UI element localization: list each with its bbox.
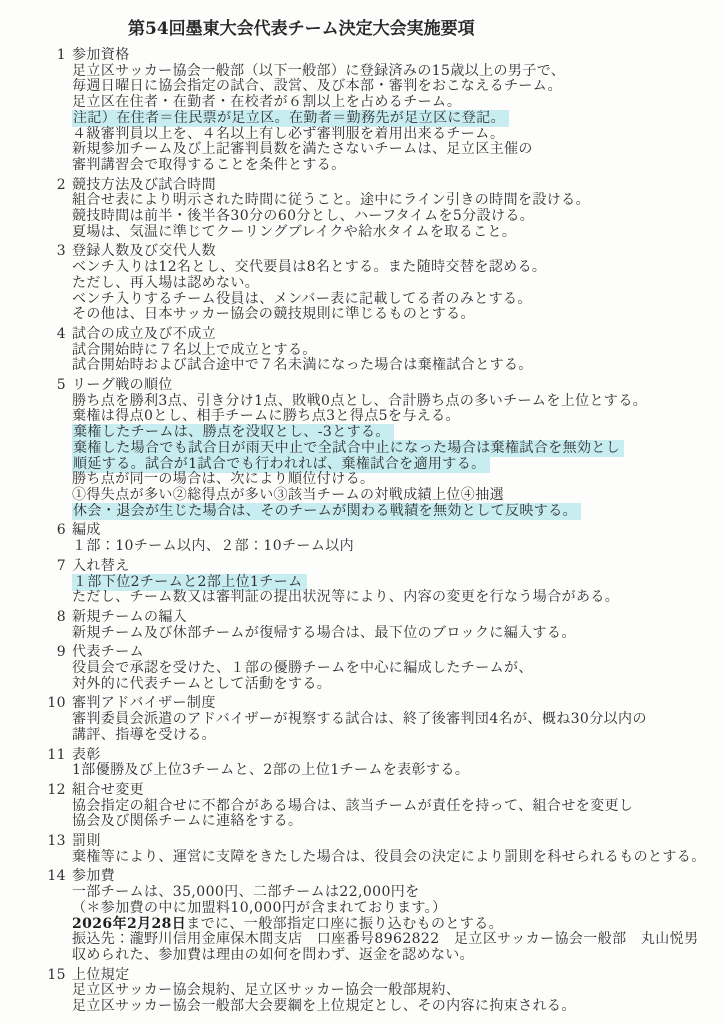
section-line: 協会及び関係チームに連絡をする。 [72, 814, 718, 830]
text-segment: 対外的に代表チームとして活動をする。 [72, 676, 331, 692]
section-number: 14 [40, 869, 72, 963]
section-number: 5 [40, 378, 72, 519]
text-segment: までに、一般部指定口座に振り込むものとする。 [186, 916, 503, 932]
highlighted-text: 棄権した場合でも試合日が雨天中止で全試合中止になった場合は棄権試合を無効とし [72, 440, 624, 457]
section-line: 講評、指導を受ける。 [72, 728, 718, 744]
text-segment: 勝ち点が同一の場合は、次により順位付ける。 [72, 471, 374, 487]
section-line: １部：10チーム以内、２部：10チーム以内 [72, 539, 718, 555]
section-body: 代表チーム役員会で承認を受けた、１部の優勝チームを中心に編成したチームが、対外的… [72, 645, 718, 692]
section-11: 11表彰1部優勝及び上位3チームと、2部の上位1チームを表彰する。 [40, 748, 718, 779]
section-line: 振込先：瀧野川信用金庫保木間支店 口座番号8962822 足立区サッカー協会一般… [72, 932, 718, 948]
section-2: 2競技方法及び試合時間組合せ表により明示された時間に従うこと。途中にライン引きの… [40, 178, 718, 241]
section-line: 順延する。試合が1試合でも行われれば、棄権試合を適用する。 [72, 457, 718, 473]
section-number: 9 [40, 645, 72, 692]
text-segment: 収められた、参加費は理由の如何を問わず、返金を認めない。 [72, 947, 474, 963]
section-body: 新規チームの編入新規チーム及び休部チームが復帰する場合は、最下位のブロックに編入… [72, 610, 718, 641]
text-segment: 夏場は、気温に準じてクーリングブレイクや給水タイムを取ること。 [72, 224, 516, 240]
section-heading: 審判アドバイザー制度 [72, 696, 718, 712]
section-number: 7 [40, 559, 72, 606]
text-segment: 新規参加チーム及び上記審判員数を満たさないチームは、足立区主催の [72, 141, 533, 157]
text-segment: 新規チーム及び休部チームが復帰する場合は、最下位のブロックに編入する。 [72, 625, 576, 641]
section-line: 注記）在住者＝住民票が足立区。在勤者＝勤務先が足立区に登記。 [72, 111, 718, 127]
section-line: ４級審判員以上を、４名以上有し必ず審判服を着用出来るチーム。 [72, 127, 718, 143]
text-segment: ベンチ入りは12名とし、交代要員は8名とする。また随時交替を認める。 [72, 259, 546, 275]
section-line: 収められた、参加費は理由の如何を問わず、返金を認めない。 [72, 948, 718, 964]
section-body: 参加資格足立区サッカー協会一般部（以下一般部）に登録済みの15歳以上の男子で、毎… [72, 48, 718, 174]
section-9: 9代表チーム役員会で承認を受けた、１部の優勝チームを中心に編成したチームが、対外… [40, 645, 718, 692]
section-line: 毎週日曜日に協会指定の試合、設営、及び本部・審判をおこなえるチーム。 [72, 79, 718, 95]
section-heading: リーグ戦の順位 [72, 378, 718, 394]
section-line: 試合開始時および試合途中で７名未満になった場合は棄権試合とする。 [72, 358, 718, 374]
section-body: 登録人数及び交代人数ベンチ入りは12名とし、交代要員は8名とする。また随時交替を… [72, 244, 718, 323]
text-segment: 協会及び関係チームに連絡をする。 [72, 813, 302, 829]
text-segment: 審判委員会派遣のアドバイザーが視察する試合は、終了後審判団4名が、概ね30分以内… [72, 711, 647, 727]
section-number: 3 [40, 244, 72, 323]
text-segment: 一部チームは、35,000円、二部チームは22,000円を [72, 884, 420, 900]
section-line: 試合開始時に７名以上で成立とする。 [72, 343, 718, 359]
text-segment: 棄権等により、運営に支障をきたした場合は、役員会の決定により罰則を科せられるもの… [72, 849, 706, 865]
text-segment: 注記）在住者＝住民票が足立区。在勤者＝勤務先が足立区に登記。 [73, 110, 505, 126]
section-line: ただし、再入場は認めない。 [72, 276, 718, 292]
section-4: 4試合の成立及び不成立試合開始時に７名以上で成立とする。試合開始時および試合途中… [40, 327, 718, 374]
section-heading: 入れ替え [72, 559, 718, 575]
text-segment: 棄権は得点0とし、相手チームに勝ち点3と得点5を与える。 [72, 408, 460, 424]
section-3: 3登録人数及び交代人数ベンチ入りは12名とし、交代要員は8名とする。また随時交替… [40, 244, 718, 323]
text-segment: 勝ち点を勝利3点、引き分け1点、敗戦0点とし、合計勝ち点の多いチームを上位とする… [72, 393, 647, 409]
text-segment: 休会・退会が生じた場合は、そのチームが関わる戦績を無効として反映する。 [73, 503, 577, 519]
section-line: 新規参加チーム及び上記審判員数を満たさないチームは、足立区主催の [72, 142, 718, 158]
section-number: 11 [40, 748, 72, 779]
sections-list: 1参加資格足立区サッカー協会一般部（以下一般部）に登録済みの15歳以上の男子で、… [0, 48, 724, 1015]
text-segment: 棄権した場合でも試合日が雨天中止で全試合中止になった場合は棄権試合を無効とし [73, 440, 620, 456]
section-line: 棄権した場合でも試合日が雨天中止で全試合中止になった場合は棄権試合を無効とし [72, 441, 718, 457]
section-heading: 罰則 [72, 834, 718, 850]
section-body: 組合せ変更協会指定の組合せに不都合がある場合は、該当チームが責任を持って、組合せ… [72, 783, 718, 830]
section-12: 12組合せ変更協会指定の組合せに不都合がある場合は、該当チームが責任を持って、組… [40, 783, 718, 830]
text-segment: ただし、再入場は認めない。 [72, 275, 259, 291]
section-line: （＊参加費の中に加盟料10,000円が含まれております。） [72, 901, 718, 917]
section-heading: 編成 [72, 523, 718, 539]
section-line: 足立区在住者・在勤者・在校者が６割以上を占めるチーム。 [72, 95, 718, 111]
section-body: 表彰1部優勝及び上位3チームと、2部の上位1チームを表彰する。 [72, 748, 718, 779]
section-line: 協会指定の組合せに不都合がある場合は、該当チームが責任を持って、組合せを変更し [72, 799, 718, 815]
section-line: １部下位2チームと2部上位1チーム [72, 575, 718, 591]
text-segment: 講評、指導を受ける。 [72, 727, 216, 743]
section-number: 1 [40, 48, 72, 174]
section-1: 1参加資格足立区サッカー協会一般部（以下一般部）に登録済みの15歳以上の男子で、… [40, 48, 718, 174]
document-page: 第54回墨東大会代表チーム決定大会実施要項 1参加資格足立区サッカー協会一般部（… [0, 0, 724, 1024]
section-line: その他は、日本サッカー協会の競技規則に準じるものとする。 [72, 307, 718, 323]
section-number: 8 [40, 610, 72, 641]
section-number: 2 [40, 178, 72, 241]
document-title: 第54回墨東大会代表チーム決定大会実施要項 [0, 0, 724, 48]
section-line: 審判委員会派遣のアドバイザーが視察する試合は、終了後審判団4名が、概ね30分以内… [72, 712, 718, 728]
section-number: 10 [40, 696, 72, 743]
section-heading: 代表チーム [72, 645, 718, 661]
section-body: 参加費一部チームは、35,000円、二部チームは22,000円を（＊参加費の中に… [72, 869, 718, 963]
text-segment: １部：10チーム以内、２部：10チーム以内 [72, 538, 354, 554]
text-segment: 審判講習会で取得することを条件とする。 [72, 157, 346, 173]
section-number: 13 [40, 834, 72, 865]
section-line: 対外的に代表チームとして活動をする。 [72, 677, 718, 693]
section-heading: 表彰 [72, 748, 718, 764]
text-segment: 足立区在住者・在勤者・在校者が６割以上を占めるチーム。 [72, 94, 461, 110]
section-body: 審判アドバイザー制度審判委員会派遣のアドバイザーが視察する試合は、終了後審判団4… [72, 696, 718, 743]
section-line: ベンチ入りするチーム役員は、メンバー表に記載してる者のみとする。 [72, 292, 718, 308]
text-segment: ４級審判員以上を、４名以上有し必ず審判服を着用出来るチーム。 [72, 126, 504, 142]
section-line: 新規チーム及び休部チームが復帰する場合は、最下位のブロックに編入する。 [72, 626, 718, 642]
section-body: 編成１部：10チーム以内、２部：10チーム以内 [72, 523, 718, 554]
highlighted-text: １部下位2チームと2部上位1チーム [72, 574, 307, 591]
text-segment: 毎週日曜日に協会指定の試合、設営、及び本部・審判をおこなえるチーム。 [72, 78, 562, 94]
section-number: 6 [40, 523, 72, 554]
text-segment: ①得失点が多い②総得点が多い③該当チームの対戦成績上位④抽選 [72, 487, 504, 503]
section-heading: 登録人数及び交代人数 [72, 244, 718, 260]
text-segment: 試合開始時および試合途中で７名未満になった場合は棄権試合とする。 [72, 357, 533, 373]
section-heading: 組合せ変更 [72, 783, 718, 799]
text-segment: 棄権したチームは、勝点を没収とし、-3とする。 [73, 424, 390, 440]
section-line: 一部チームは、35,000円、二部チームは22,000円を [72, 885, 718, 901]
section-body: 上位規定足立区サッカー協会規約、足立区サッカー協会一般部規約、足立区サッカー協会… [72, 968, 718, 1015]
text-segment: １部下位2チームと2部上位1チーム [73, 574, 303, 590]
highlighted-text: 棄権したチームは、勝点を没収とし、-3とする。 [72, 424, 394, 441]
section-line: ベンチ入りは12名とし、交代要員は8名とする。また随時交替を認める。 [72, 260, 718, 276]
section-body: リーグ戦の順位勝ち点を勝利3点、引き分け1点、敗戦0点とし、合計勝ち点の多いチー… [72, 378, 718, 519]
section-line: 1部優勝及び上位3チームと、2部の上位1チームを表彰する。 [72, 763, 718, 779]
section-line: 審判講習会で取得することを条件とする。 [72, 158, 718, 174]
text-segment: 組合せ表により明示された時間に従うこと。途中にライン引きの時間を設ける。 [72, 192, 590, 208]
section-line: 2026年2月28日までに、一般部指定口座に振り込むものとする。 [72, 917, 718, 933]
text-segment: その他は、日本サッカー協会の競技規則に準じるものとする。 [72, 306, 475, 322]
text-segment: 足立区サッカー協会規約、足立区サッカー協会一般部規約、 [72, 982, 460, 998]
section-6: 6編成１部：10チーム以内、２部：10チーム以内 [40, 523, 718, 554]
section-8: 8新規チームの編入新規チーム及び休部チームが復帰する場合は、最下位のブロックに編… [40, 610, 718, 641]
section-heading: 競技方法及び試合時間 [72, 178, 718, 194]
text-segment: （＊参加費の中に加盟料10,000円が含まれております。） [72, 900, 446, 916]
section-13: 13罰則棄権等により、運営に支障をきたした場合は、役員会の決定により罰則を科せら… [40, 834, 718, 865]
section-line: 棄権は得点0とし、相手チームに勝ち点3と得点5を与える。 [72, 409, 718, 425]
text-segment: 足立区サッカー協会一般部大会要綱を上位規定とし、その内容に拘束される。 [72, 998, 576, 1014]
section-line: 組合せ表により明示された時間に従うこと。途中にライン引きの時間を設ける。 [72, 193, 718, 209]
highlighted-text: 注記）在住者＝住民票が足立区。在勤者＝勤務先が足立区に登記。 [72, 110, 509, 127]
section-number: 15 [40, 968, 72, 1015]
section-line: 棄権等により、運営に支障をきたした場合は、役員会の決定により罰則を科せられるもの… [72, 850, 718, 866]
section-heading: 試合の成立及び不成立 [72, 327, 718, 343]
section-heading: 新規チームの編入 [72, 610, 718, 626]
section-heading: 参加資格 [72, 48, 718, 64]
section-number: 12 [40, 783, 72, 830]
text-segment: 振込先：瀧野川信用金庫保木間支店 口座番号8962822 足立区サッカー協会一般… [72, 931, 698, 947]
section-line: 役員会で承認を受けた、１部の優勝チームを中心に編成したチームが、 [72, 661, 718, 677]
bold-text: 2026年2月28日 [72, 916, 186, 932]
section-line: 夏場は、気温に準じてクーリングブレイクや給水タイムを取ること。 [72, 225, 718, 241]
text-segment: 試合開始時に７名以上で成立とする。 [72, 342, 317, 358]
section-10: 10審判アドバイザー制度審判委員会派遣のアドバイザーが視察する試合は、終了後審判… [40, 696, 718, 743]
section-line: 足立区サッカー協会規約、足立区サッカー協会一般部規約、 [72, 983, 718, 999]
text-segment: 順延する。試合が1試合でも行われれば、棄権試合を適用する。 [73, 456, 486, 472]
section-line: 棄権したチームは、勝点を没収とし、-3とする。 [72, 425, 718, 441]
text-segment: ベンチ入りするチーム役員は、メンバー表に記載してる者のみとする。 [72, 291, 532, 307]
section-body: 入れ替え１部下位2チームと2部上位1チームただし、チーム数又は審判証の提出状況等… [72, 559, 718, 606]
section-14: 14参加費一部チームは、35,000円、二部チームは22,000円を（＊参加費の… [40, 869, 718, 963]
section-line: 足立区サッカー協会一般部大会要綱を上位規定とし、その内容に拘束される。 [72, 999, 718, 1015]
section-15: 15上位規定足立区サッカー協会規約、足立区サッカー協会一般部規約、足立区サッカー… [40, 968, 718, 1015]
text-segment: 1部優勝及び上位3チームと、2部の上位1チームを表彰する。 [72, 762, 469, 778]
section-body: 試合の成立及び不成立試合開始時に７名以上で成立とする。試合開始時および試合途中で… [72, 327, 718, 374]
section-body: 競技方法及び試合時間組合せ表により明示された時間に従うこと。途中にライン引きの時… [72, 178, 718, 241]
section-5: 5リーグ戦の順位勝ち点を勝利3点、引き分け1点、敗戦0点とし、合計勝ち点の多いチ… [40, 378, 718, 519]
text-segment: 協会指定の組合せに不都合がある場合は、該当チームが責任を持って、組合せを変更し [72, 798, 633, 814]
section-heading: 参加費 [72, 869, 718, 885]
highlighted-text: 休会・退会が生じた場合は、そのチームが関わる戦績を無効として反映する。 [72, 503, 581, 520]
text-segment: 足立区サッカー協会一般部（以下一般部）に登録済みの15歳以上の男子で、 [72, 63, 565, 79]
section-line: 競技時間は前半・後半各30分の60分とし、ハーフタイムを5分設ける。 [72, 209, 718, 225]
text-segment: ただし、チーム数又は審判証の提出状況等により、内容の変更を行なう場合がある。 [72, 589, 619, 605]
section-line: ただし、チーム数又は審判証の提出状況等により、内容の変更を行なう場合がある。 [72, 590, 718, 606]
section-line: 勝ち点が同一の場合は、次により順位付ける。 [72, 472, 718, 488]
text-segment: 役員会で承認を受けた、１部の優勝チームを中心に編成したチームが、 [72, 660, 533, 676]
section-number: 4 [40, 327, 72, 374]
section-body: 罰則棄権等により、運営に支障をきたした場合は、役員会の決定により罰則を科せられる… [72, 834, 718, 865]
text-segment: 競技時間は前半・後半各30分の60分とし、ハーフタイムを5分設ける。 [72, 208, 534, 224]
section-line: 休会・退会が生じた場合は、そのチームが関わる戦績を無効として反映する。 [72, 504, 718, 520]
section-7: 7入れ替え１部下位2チームと2部上位1チームただし、チーム数又は審判証の提出状況… [40, 559, 718, 606]
section-line: ①得失点が多い②総得点が多い③該当チームの対戦成績上位④抽選 [72, 488, 718, 504]
